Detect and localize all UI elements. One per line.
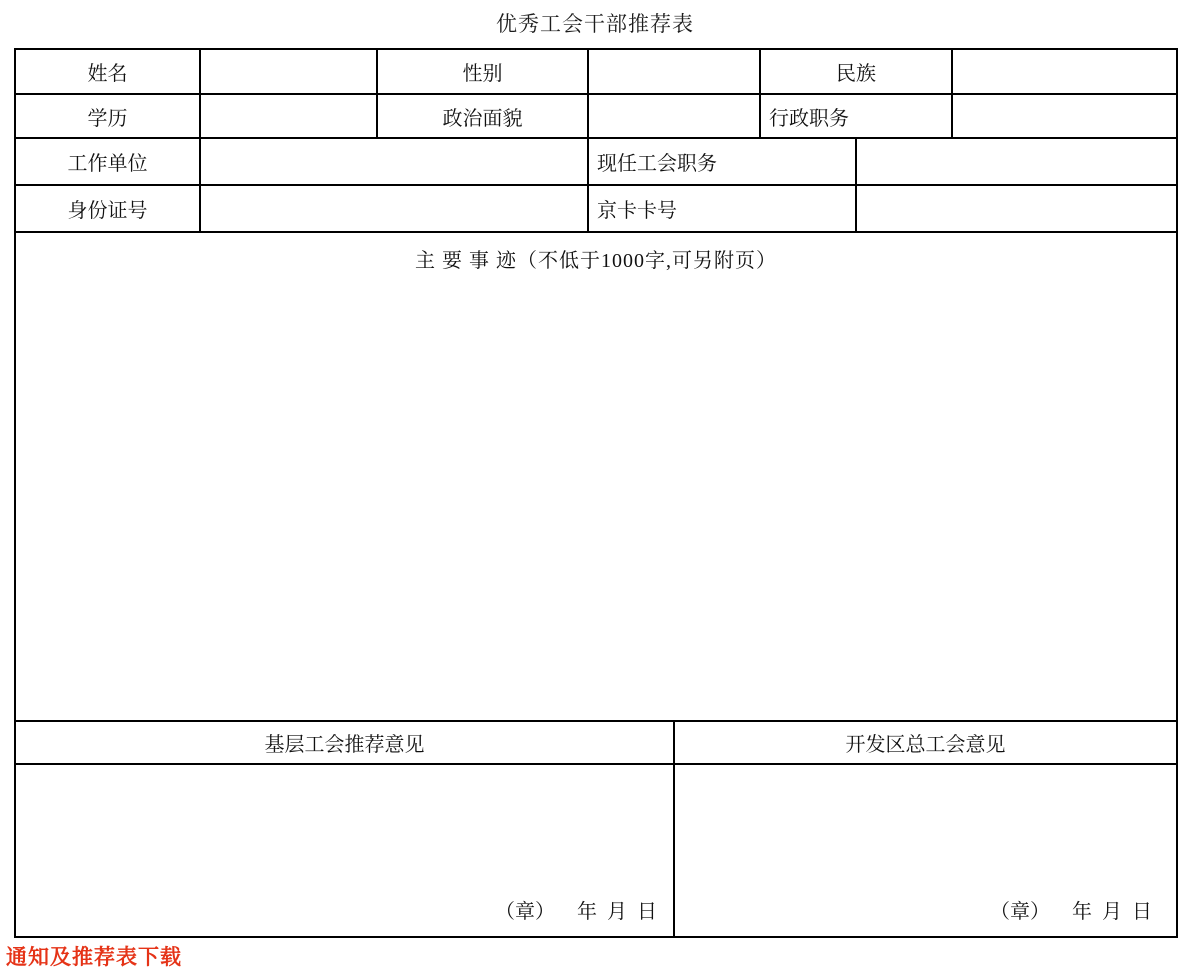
document-page: 优秀工会干部推荐表 姓名 性别 民族 学历 政治面貌 行政职务 bbox=[0, 0, 1190, 976]
id-number-label: 身份证号 bbox=[15, 185, 200, 232]
federation-date-label: 年 月 日 bbox=[1072, 895, 1152, 924]
name-value-cell bbox=[200, 49, 377, 94]
grassroots-seal-label: （章） bbox=[495, 895, 555, 924]
union-position-label: 现任工会职务 bbox=[588, 138, 856, 185]
education-label: 学历 bbox=[15, 94, 200, 138]
row-basic-info-2: 学历 政治面貌 行政职务 bbox=[15, 94, 1177, 138]
education-value-cell bbox=[200, 94, 377, 138]
admin-position-value-cell bbox=[952, 94, 1177, 138]
union-position-value-cell bbox=[856, 138, 1177, 185]
ethnicity-value-cell bbox=[952, 49, 1177, 94]
download-link[interactable]: 通知及推荐表下载 bbox=[6, 941, 182, 971]
political-status-label: 政治面貌 bbox=[377, 94, 588, 138]
row-basic-info-1: 姓名 性别 民族 bbox=[15, 49, 1177, 94]
grassroots-opinion-header: 基层工会推荐意见 bbox=[15, 721, 674, 764]
federation-seal-label: （章） bbox=[990, 895, 1050, 924]
ethnicity-label: 民族 bbox=[760, 49, 952, 94]
work-unit-value-cell bbox=[200, 138, 588, 185]
grassroots-opinion-cell: （章） 年 月 日 bbox=[15, 764, 674, 937]
form-title: 优秀工会干部推荐表 bbox=[0, 8, 1190, 38]
gender-label: 性别 bbox=[377, 49, 588, 94]
work-unit-label: 工作单位 bbox=[15, 138, 200, 185]
row-id-numbers: 身份证号 京卡卡号 bbox=[15, 185, 1177, 232]
row-opinion-bodies: （章） 年 月 日 （章） 年 月 日 bbox=[15, 764, 1177, 937]
jing-card-value-cell bbox=[856, 185, 1177, 232]
id-number-value-cell bbox=[200, 185, 588, 232]
political-status-value-cell bbox=[588, 94, 760, 138]
admin-position-label: 行政职务 bbox=[760, 94, 952, 138]
grassroots-date-label: 年 月 日 bbox=[577, 895, 657, 924]
row-opinion-headers: 基层工会推荐意见 开发区总工会意见 bbox=[15, 721, 1177, 764]
recommendation-form-table: 姓名 性别 民族 学历 政治面貌 行政职务 工作单位 现任工会职务 身份证号 京… bbox=[14, 48, 1178, 938]
main-deeds-header: 主 要 事 迹（不低于1000字,可另附页） bbox=[415, 250, 777, 272]
main-deeds-cell: 主 要 事 迹（不低于1000字,可另附页） bbox=[15, 232, 1177, 721]
name-label: 姓名 bbox=[15, 49, 200, 94]
grassroots-seal-date-line: （章） 年 月 日 bbox=[16, 895, 673, 936]
gender-value-cell bbox=[588, 49, 760, 94]
federation-opinion-header: 开发区总工会意见 bbox=[674, 721, 1177, 764]
row-work-unit: 工作单位 现任工会职务 bbox=[15, 138, 1177, 185]
jing-card-label: 京卡卡号 bbox=[588, 185, 856, 232]
federation-seal-date-line: （章） 年 月 日 bbox=[675, 895, 1176, 936]
row-main-deeds: 主 要 事 迹（不低于1000字,可另附页） bbox=[15, 232, 1177, 721]
federation-opinion-cell: （章） 年 月 日 bbox=[674, 764, 1177, 937]
